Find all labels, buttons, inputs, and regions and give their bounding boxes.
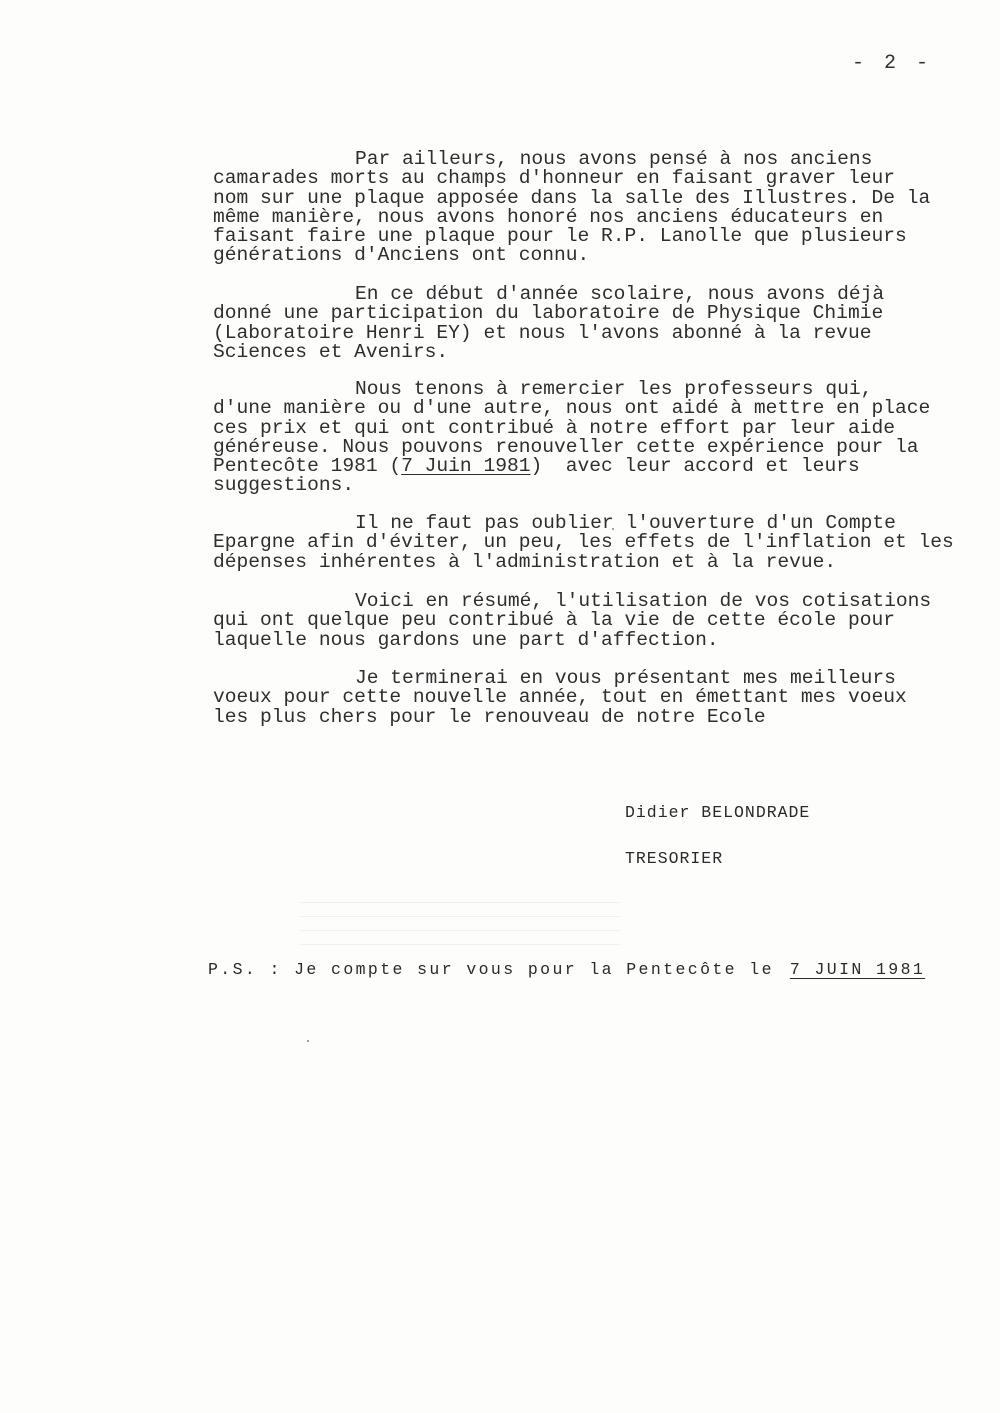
bleed-through-texture bbox=[300, 895, 620, 945]
signature-name: Didier BELONDRADE bbox=[625, 803, 810, 822]
paragraph-savings-account: Il ne faut pas oublier l'ouverture d'un … bbox=[213, 514, 954, 572]
paragraph-line: suggestions. bbox=[213, 476, 930, 495]
paragraph-line: laquelle nous gardons une part d'affecti… bbox=[213, 631, 931, 650]
paragraph-line: ces prix et qui ont contribué à notre ef… bbox=[213, 419, 930, 438]
paragraph-memorial-plaques: Par ailleurs, nous avons pensé à nos anc… bbox=[213, 150, 930, 266]
paragraph-thanks-professors: Nous tenons à remercier les professeurs … bbox=[213, 380, 930, 496]
paragraph-line: Sciences et Avenirs. bbox=[213, 343, 884, 362]
paragraph-line: d'une manière ou d'une autre, nous ont a… bbox=[213, 399, 930, 418]
paragraph-closing-wishes: Je terminerai en vous présentant mes mei… bbox=[213, 669, 907, 727]
signature-title: TRESORIER bbox=[625, 849, 723, 868]
paragraph-line: (Laboratoire Henri EY) et nous l'avons a… bbox=[213, 324, 884, 343]
paragraph-line: camarades morts au champs d'honneur en f… bbox=[213, 169, 930, 188]
paragraph-line: nom sur une plaque apposée dans la salle… bbox=[213, 189, 930, 208]
paragraph-line: donné une participation du laboratoire d… bbox=[213, 304, 884, 323]
postscript: P.S. : Je compte sur vous pour la Pentec… bbox=[208, 960, 925, 979]
paragraph-line: les plus chers pour le renouveau de notr… bbox=[213, 708, 907, 727]
paragraph-line: Epargne afin d'éviter, un peu, les effet… bbox=[213, 533, 954, 552]
paragraph-line: dépenses inhérentes à l'administration e… bbox=[213, 553, 954, 572]
paragraph-line: générations d'Anciens ont connu. bbox=[213, 246, 930, 265]
paragraph-line: voeux pour cette nouvelle année, tout en… bbox=[213, 688, 907, 707]
page-number: - 2 - bbox=[852, 52, 932, 75]
paper-speck bbox=[612, 528, 614, 530]
paragraph-summary: Voici en résumé, l'utilisation de vos co… bbox=[213, 592, 931, 650]
underlined-date: 7 Juin 1981 bbox=[401, 455, 530, 477]
paper-speck bbox=[307, 1040, 309, 1042]
paragraph-line: qui ont quelque peu contribué à la vie d… bbox=[213, 611, 931, 630]
postscript-text: P.S. : Je compte sur vous pour la Pentec… bbox=[208, 960, 774, 979]
postscript-date: 7 JUIN 1981 bbox=[790, 960, 925, 979]
paragraph-laboratory: En ce début d'année scolaire, nous avons… bbox=[213, 285, 884, 362]
